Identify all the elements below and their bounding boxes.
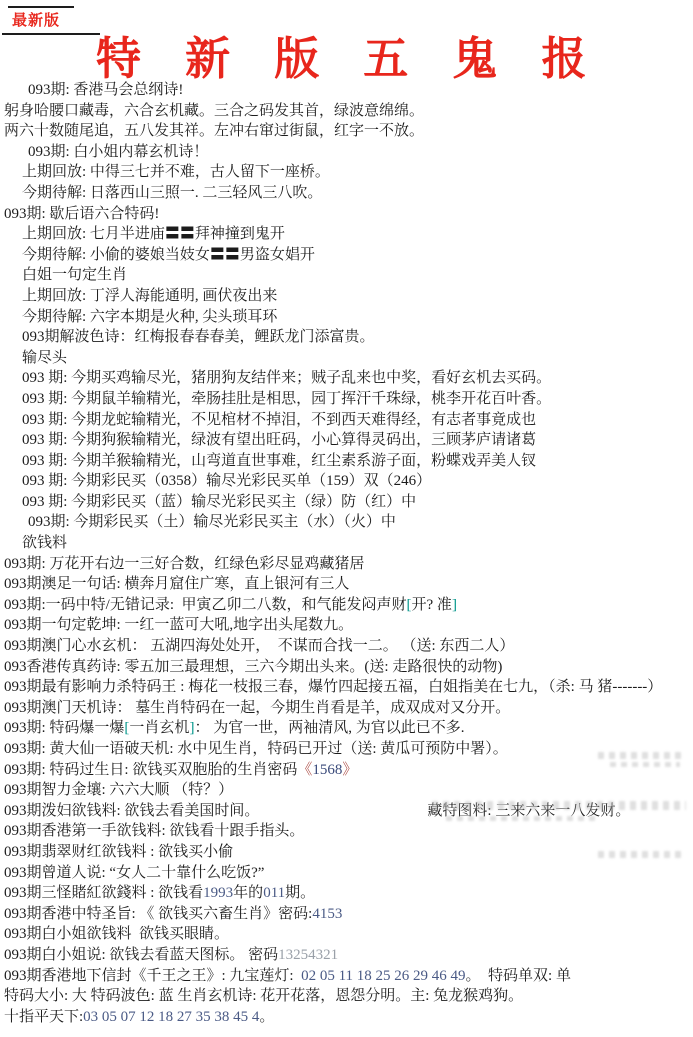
text-segment: 093期: 香港马会总纲诗! <box>28 82 183 98</box>
text-segment: 093 期: 今期狗猴输精光，绿波有望出旺码，小心算得灵码出，三顾茅庐请诸葛 <box>22 432 536 448</box>
text-segment: 03 05 07 12 18 27 35 38 45 4 <box>83 1009 259 1025</box>
text-line: 093香港传真药诗: 零五加三最理想，三六今期出头来。(送: 走路很快的动物) <box>0 657 693 678</box>
text-segment: 特码大小: 大 特码波色: 蓝 生肖玄机诗: 花开花落，恩怨分明。主: 兔龙猴鸡… <box>4 988 523 1004</box>
text-segment: 093 期: 今期羊猴输精光，山弯道直世事难，红尘素系游子面，粉蝶戏弄美人钗 <box>22 453 536 469</box>
text-segment: 093期: 万花开右边一三好合数，红绿色彩尽显鸡藏猪居 <box>4 556 364 572</box>
text-segment: 上期回放: 七月半进庙〓〓拜神撞到鬼开 <box>22 226 285 242</box>
text-segment: 093期最有影响力杀特码王 : 梅花一枝报三春，爆竹四起接五福，白姐指美在七九，… <box>4 679 662 695</box>
text-line: 093期一句定乾坤: 一红一蓝可大吼,地字出头尾数九。 <box>0 615 693 636</box>
text-segment: 今期待解: 日落西山三照一. 二三轻风三八吹。 <box>22 185 322 201</box>
text-segment: 《 <box>297 762 312 778</box>
text-segment: 093香港传真药诗: 零五加三最理想，三六今期出头来。(送: 走路很快的动物) <box>4 659 502 675</box>
text-segment: 输尽头 <box>22 350 67 366</box>
text-line: 093期白小姐说: 欲钱去看蓝天图标。 密码13254321 <box>0 945 693 966</box>
text-line: 上期回放: 中得三七并不难，古人留下一座桥。 <box>0 162 693 183</box>
text-segment: 十指平天下: <box>4 1009 83 1025</box>
text-segment: 093期香港地下信封《千王之王》: 九宝莲灯: <box>4 968 301 984</box>
scan-artifact <box>598 752 684 759</box>
scan-artifact <box>446 816 596 821</box>
text-line: 093期:一码中特/无错记录: 甲寅乙卯二八数，和气能发闷声财[开? 准] <box>0 595 693 616</box>
text-segment: 02 05 11 18 25 26 29 46 49 <box>301 968 465 984</box>
text-segment: 093期香港中特圣旨: 《 欲钱买六畜生肖》密码: <box>4 906 312 922</box>
text-segment: 093 期: 今期鼠羊输精光，牵肠挂肚是相思，园丁挥汗千珠绿，桃李开花百叶香。 <box>22 391 551 407</box>
text-line: 093 期: 今期彩民买（蓝）输尽光彩民买主（绿）防（红）中 <box>0 492 693 513</box>
scan-artifact <box>610 762 680 767</box>
text-segment: 093期白小姐说: 欲钱去看蓝天图标。 密码 <box>4 947 278 963</box>
text-line: 093期曾道人说: “女人二十靠什么吃饭?” <box>0 863 693 884</box>
scanned-lottery-sheet: 最新版 特新版五鬼报 093期: 香港马会总纲诗!躬身哈腰口藏毒，六合玄机藏。三… <box>0 0 693 1037</box>
text-line: 093期: 特码过生日: 欲钱买双胞胎的生肖密码《1568》 <box>0 760 693 781</box>
text-segment: 093期翡翠财红欲钱料 : 欲钱买小偷 <box>4 844 233 860</box>
text-segment: 上期回放: 中得三七并不难，古人留下一座桥。 <box>22 164 330 180</box>
text-line: 输尽头 <box>0 348 693 369</box>
text-segment: 093期澳门心水玄机： 五湖四海处处开， 不谋而合找一二。 （送: 东西二人） <box>4 638 514 654</box>
text-segment: ： 为官一世，两袖清风, 为官以此已不多. <box>194 720 464 736</box>
text-segment: 今期待解: 六字本期是火种, 尖头琐耳环 <box>22 309 277 325</box>
text-segment: 期。 <box>285 885 315 901</box>
text-line: 093期: 万花开右边一三好合数，红绿色彩尽显鸡藏猪居 <box>0 554 693 575</box>
text-segment: 093期解波色诗：红梅报春春春美，鲤跃龙门添富贵。 <box>22 329 375 345</box>
text-line: 093期: 白小姐内幕玄机诗！ <box>0 142 693 163</box>
text-segment: 白姐一句定生肖 <box>22 267 127 283</box>
text-line: 093期香港第一手欲钱料: 欲钱看十跟手指头。 <box>0 821 693 842</box>
text-line: 今期待解: 六字本期是火种, 尖头琐耳环 <box>0 307 693 328</box>
text-line: 093期白小姐欲钱料 欲钱买眼睛。 <box>0 924 693 945</box>
text-segment: 1568 <box>312 762 342 778</box>
edition-badge: 最新版 <box>12 9 60 30</box>
text-segment: 093期智力金壤: 六六大顺 （特？） <box>4 782 233 798</box>
text-segment: 两六十数随尾追，五八发其祥。左冲右窜过街鼠，红字一不放。 <box>4 123 424 139</box>
text-line: 093期: 歇后语六合特码! <box>0 204 693 225</box>
text-line: 093期三怪賭紅欲錢料 : 欲钱看1993年的011期。 <box>0 883 693 904</box>
text-line: 特码大小: 大 特码波色: 蓝 生肖玄机诗: 花开花落，恩怨分明。主: 兔龙猴鸡… <box>0 986 693 1007</box>
text-segment: 093 期: 今期彩民买（0358）输尽光彩民买单（159）双（246） <box>22 473 431 489</box>
text-line: 欲钱料 <box>0 533 693 554</box>
text-line: 093 期: 今期买鸡输尽光，猪朋狗友结伴来；贼子乱来也中奖，看好玄机去买码。 <box>0 368 693 389</box>
text-segment: 093期澳门天机诗： 墓生肖特码在一起，今期生肖看是羊，成双成对又分开。 <box>4 700 510 716</box>
page-title: 特新版五鬼报 <box>96 22 631 87</box>
text-segment: 093期一句定乾坤: 一红一蓝可大吼,地字出头尾数九。 <box>4 617 353 633</box>
scan-artifact <box>432 801 686 810</box>
text-segment: 一肖玄机 <box>129 720 189 736</box>
text-line: 093 期: 今期龙蛇输精光，不见棺材不掉泪，不到西天难得经，有志者事竟成也 <box>0 410 693 431</box>
text-segment: 093期白小姐欲钱料 欲钱买眼睛。 <box>4 926 229 942</box>
text-segment: 13254321 <box>278 947 338 963</box>
text-line: 白姐一句定生肖 <box>0 265 693 286</box>
text-segment: 093期: 特码过生日: 欲钱买双胞胎的生肖密码 <box>4 762 297 778</box>
text-line: 躬身哈腰口藏毒，六合玄机藏。三合之码发其首，绿波意绵绵。 <box>0 101 693 122</box>
text-segment: 093 期: 今期买鸡输尽光，猪朋狗友结伴来；贼子乱来也中奖，看好玄机去买码。 <box>22 370 551 386</box>
text-segment: 093 期: 今期龙蛇输精光，不见棺材不掉泪，不到西天难得经，有志者事竟成也 <box>22 412 536 428</box>
text-segment: ] <box>452 597 457 613</box>
text-segment: 年的 <box>233 885 263 901</box>
text-line: 093 期: 今期狗猴输精光，绿波有望出旺码，小心算得灵码出，三顾茅庐请诸葛 <box>0 430 693 451</box>
text-segment: 4153 <box>312 906 342 922</box>
text-line: 093 期: 今期鼠羊输精光，牵肠挂肚是相思，园丁挥汗千珠绿，桃李开花百叶香。 <box>0 389 693 410</box>
text-segment: 上期回放: 丁浮人海能通明, 画伏夜出来 <box>22 288 277 304</box>
text-segment: 。 特码单双: 单 <box>466 968 571 984</box>
text-line: 093期: 今期彩民买（土）输尽光彩民买主（水）（火）中 <box>0 512 693 533</box>
text-line: 093期澳足一句话: 横奔月窟住广寒，直上银河有三人 <box>0 574 693 595</box>
text-line: 上期回放: 七月半进庙〓〓拜神撞到鬼开 <box>0 224 693 245</box>
text-line: 093期: 黄大仙一语破天机: 水中见生肖，特码已开过（送: 黄瓜可预防中署）。 <box>0 739 693 760</box>
text-line: 今期待解: 日落西山三照一. 二三轻风三八吹。 <box>0 183 693 204</box>
text-segment: 。 <box>259 1009 274 1025</box>
text-segment: 093期: 今期彩民买（土）输尽光彩民买主（水）（火）中 <box>28 514 396 530</box>
text-line: 093期香港中特圣旨: 《 欲钱买六畜生肖》密码:4153 <box>0 904 693 925</box>
badge-bottom-rule <box>2 33 100 35</box>
text-segment: 093期: 特码爆一爆 <box>4 720 124 736</box>
text-segment: 011 <box>263 885 285 901</box>
text-segment: 今期待解: 小偷的婆娘当妓女〓〓男盗女娼开 <box>22 247 315 263</box>
text-line: 093期最有影响力杀特码王 : 梅花一枝报三春，爆竹四起接五福，白姐指美在七九，… <box>0 677 693 698</box>
text-line: 093期智力金壤: 六六大顺 （特？） <box>0 780 693 801</box>
text-line: 十指平天下:03 05 07 12 18 27 35 38 45 4。 <box>0 1007 693 1028</box>
text-segment: 093期: 黄大仙一语破天机: 水中见生肖，特码已开过（送: 黄瓜可预防中署）。 <box>4 741 508 757</box>
text-segment: 》 <box>342 762 357 778</box>
text-segment: 093期:一码中特/无错记录: 甲寅乙卯二八数，和气能发闷声财 <box>4 597 407 613</box>
text-segment: 093期泼妇欲钱料: 欲钱去看美国时间。 <box>4 803 259 819</box>
text-line: 093期香港地下信封《千王之王》: 九宝莲灯: 02 05 11 18 25 2… <box>0 966 693 987</box>
text-segment: 093期: 歇后语六合特码! <box>4 206 159 222</box>
text-line: 093期解波色诗：红梅报春春春美，鲤跃龙门添富贵。 <box>0 327 693 348</box>
text-line: 093期: 香港马会总纲诗! <box>0 80 693 101</box>
text-segment: 开? 准 <box>412 597 452 613</box>
document-body: 093期: 香港马会总纲诗!躬身哈腰口藏毒，六合玄机藏。三合之码发其首，绿波意绵… <box>0 80 693 1027</box>
badge-top-rule <box>8 6 74 8</box>
text-line: 093期翡翠财红欲钱料 : 欲钱买小偷 <box>0 842 693 863</box>
text-segment: 093期香港第一手欲钱料: 欲钱看十跟手指头。 <box>4 823 304 839</box>
text-line: 093 期: 今期彩民买（0358）输尽光彩民买单（159）双（246） <box>0 471 693 492</box>
text-segment: 093 期: 今期彩民买（蓝）输尽光彩民买主（绿）防（红）中 <box>22 494 416 510</box>
text-line: 093期: 特码爆一爆[一肖玄机]： 为官一世，两袖清风, 为官以此已不多. <box>0 718 693 739</box>
text-segment: 1993 <box>203 885 233 901</box>
text-segment: 欲钱料 <box>22 535 67 551</box>
text-segment: 093期三怪賭紅欲錢料 : 欲钱看 <box>4 885 203 901</box>
text-line: 今期待解: 小偷的婆娘当妓女〓〓男盗女娼开 <box>0 245 693 266</box>
scan-artifact <box>598 851 684 858</box>
text-line: 093 期: 今期羊猴输精光，山弯道直世事难，红尘素系游子面，粉蝶戏弄美人钗 <box>0 451 693 472</box>
text-line: 两六十数随尾追，五八发其祥。左冲右窜过街鼠，红字一不放。 <box>0 121 693 142</box>
text-segment: 093期曾道人说: “女人二十靠什么吃饭?” <box>4 865 264 881</box>
text-segment: 躬身哈腰口藏毒，六合玄机藏。三合之码发其首，绿波意绵绵。 <box>4 103 424 119</box>
text-line: 上期回放: 丁浮人海能通明, 画伏夜出来 <box>0 286 693 307</box>
text-segment: 093期澳足一句话: 横奔月窟住广寒，直上银河有三人 <box>4 576 349 592</box>
text-line: 093期澳门天机诗： 墓生肖特码在一起，今期生肖看是羊，成双成对又分开。 <box>0 698 693 719</box>
text-line: 093期澳门心水玄机： 五湖四海处处开， 不谋而合找一二。 （送: 东西二人） <box>0 636 693 657</box>
text-segment: 093期: 白小姐内幕玄机诗！ <box>28 144 208 160</box>
